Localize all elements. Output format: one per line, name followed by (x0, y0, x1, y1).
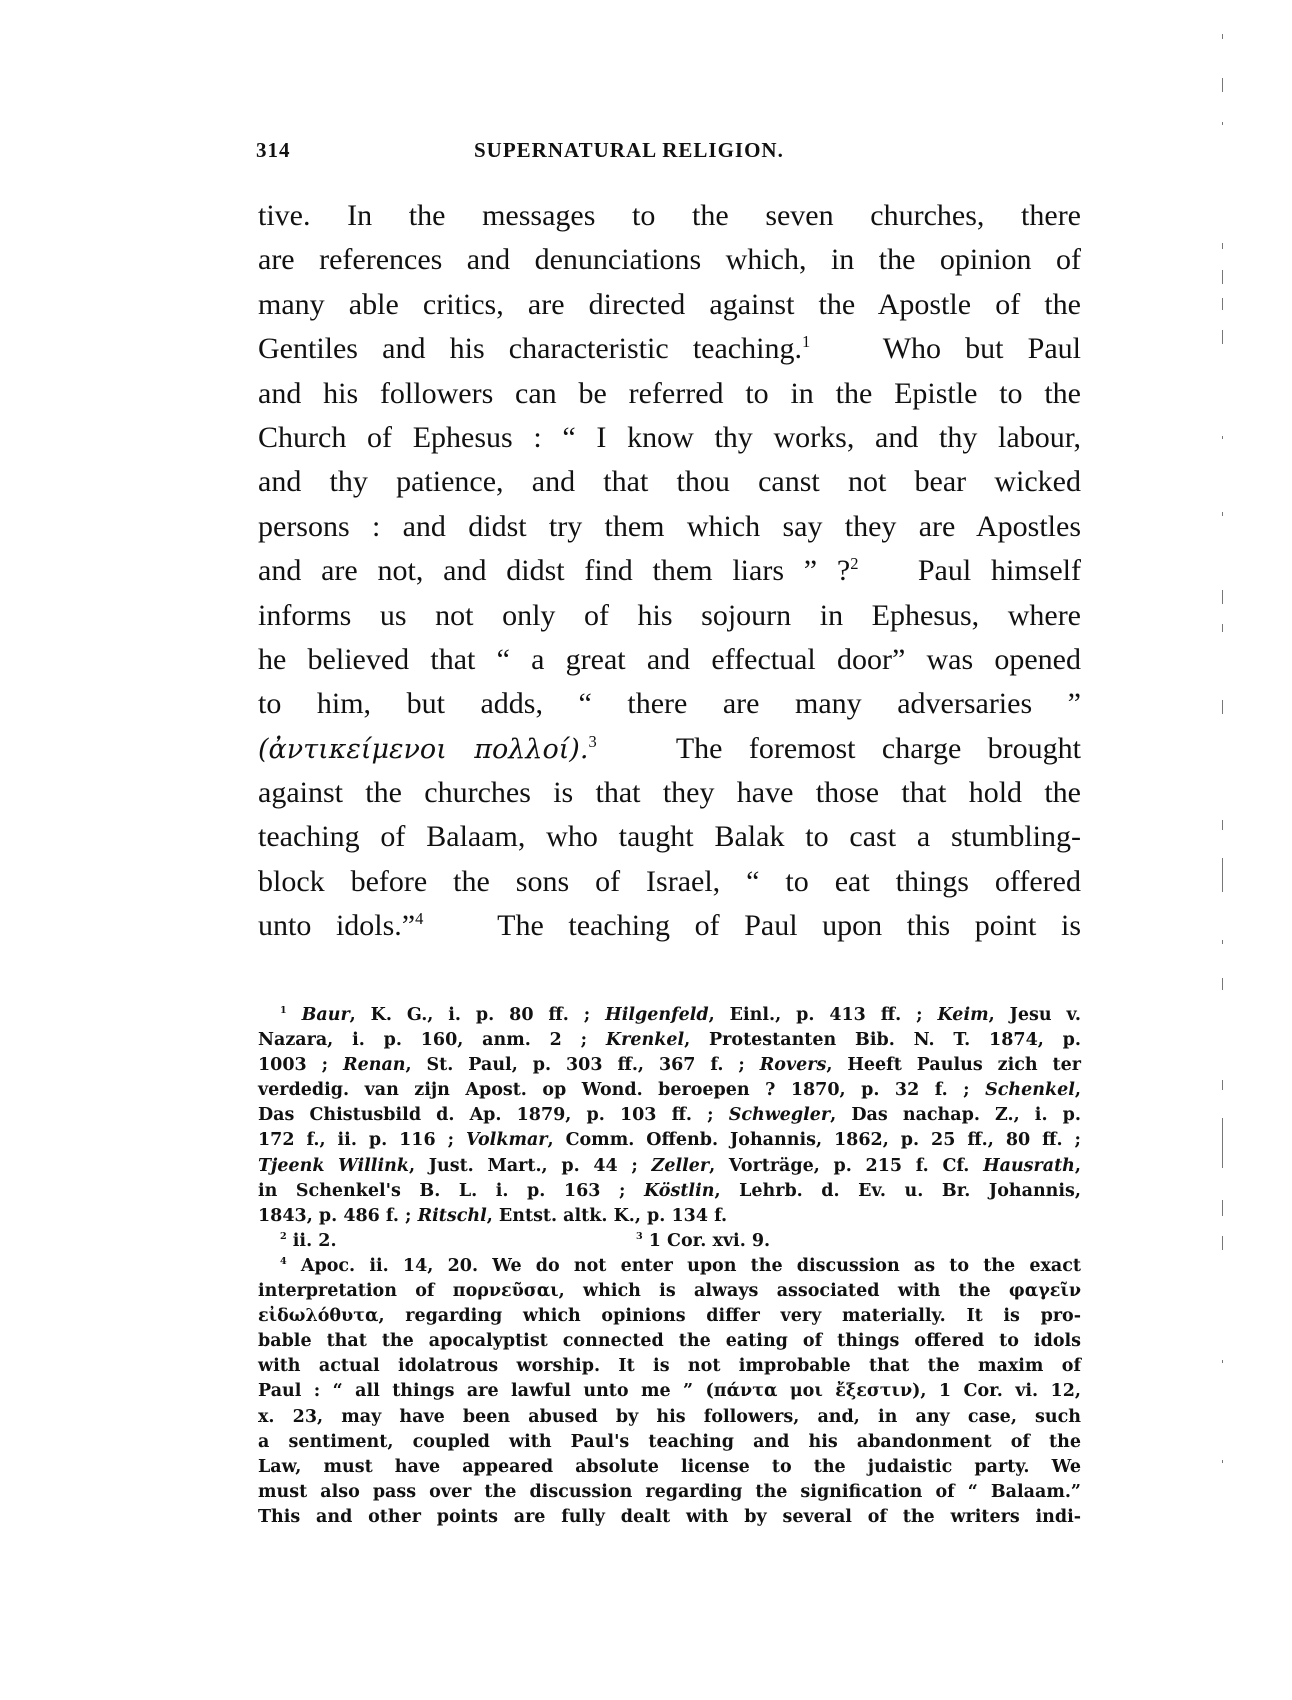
citation: Das Chistusbild d. Ap. 1879, p. 103 ff. … (258, 1105, 729, 1125)
text-line: and are not, and didst find them liars ”… (258, 549, 1081, 593)
author-name: Hausrath (983, 1156, 1075, 1176)
citation: , Comm. Offenb. Johannis, 1862, p. 25 ff… (548, 1130, 1081, 1150)
citation: , Das nachap. Z., i. p. (830, 1105, 1081, 1125)
text-segment: Paul himself (918, 554, 1081, 587)
footnote-4-line: This and other points are fully dealt wi… (258, 1505, 1081, 1530)
citation: , Lehrb. d. Ev. u. Br. Johannis, (714, 1181, 1081, 1201)
citation: , Einl., p. 413 ff. ; (709, 1005, 938, 1025)
author-name: Baur (302, 1005, 350, 1025)
text-line: (ἀντικείμενοι πολλοί).3 The foremost cha… (258, 727, 1081, 771)
author-name: Hilgenfeld (605, 1005, 708, 1025)
footnote-4-line: a sentiment, coupled with Paul's teachin… (258, 1430, 1081, 1455)
text-line: to him, but adds, “ there are many adver… (258, 682, 1081, 726)
citation: , K. G., i. p. 80 ff. ; (350, 1005, 605, 1025)
text-line: persons : and didst try them which say t… (258, 505, 1081, 549)
footnote-4-line: interpretation of πορνεῦσαι, which is al… (258, 1279, 1081, 1304)
text-line: and thy patience, and that thou canst no… (258, 460, 1081, 504)
text-line: many able critics, are directed against … (258, 283, 1081, 327)
citation: , Entst. altk. K., p. 134 f. (487, 1206, 727, 1226)
footnote-4-line: Law, must have appeared absolute license… (258, 1455, 1081, 1480)
footnote-1-line: Nazara, i. p. 160, anm. 2 ; Krenkel, Pro… (258, 1028, 1081, 1053)
footnote-text: Apoc. ii. 14, 20. We do not enter upon t… (301, 1256, 1081, 1276)
footnote-ref-2[interactable]: 2 (850, 554, 858, 573)
author-name: Köstlin (644, 1181, 714, 1201)
citation: Nazara, i. p. 160, anm. 2 ; (258, 1030, 606, 1050)
text-line: Gentiles and his characteristic teaching… (258, 327, 1081, 371)
footnote-1-line: Das Chistusbild d. Ap. 1879, p. 103 ff. … (258, 1103, 1081, 1128)
author-name: Renan (343, 1055, 405, 1075)
author-name: Keim (937, 1005, 988, 1025)
footnote-marker: 4 (280, 1256, 287, 1267)
footnote-text: ii. 2. (293, 1231, 337, 1251)
footnote-marker: 3 (636, 1231, 643, 1242)
text-line: unto idols.”4 The teaching of Paul upon … (258, 904, 1081, 948)
running-title: SUPERNATURAL RELIGION. (474, 138, 784, 163)
author-name: Tjeenk Willink (258, 1156, 409, 1176)
greek-text: (ἀντικείμενοι πολλοί). (258, 734, 588, 765)
footnote-2: 2 ii. 2. (280, 1229, 337, 1254)
text-segment: The teaching of Paul upon this point is (497, 909, 1081, 942)
text-line: block before the sons of Israel, “ to ea… (258, 860, 1081, 904)
citation: , St. Paul, p. 303 ff., 367 f. ; (406, 1055, 760, 1075)
text-line: are references and denunciations which, … (258, 238, 1081, 282)
citation: 1843, p. 486 f. ; (258, 1206, 418, 1226)
text-line: Church of Ephesus : “ I know thy works, … (258, 416, 1081, 460)
text-line: against the churches is that they have t… (258, 771, 1081, 815)
footnote-1-line: 1843, p. 486 f. ; Ritschl, Entst. altk. … (258, 1204, 1081, 1229)
text-segment: unto idols.” (258, 909, 415, 942)
author-name: Ritschl (418, 1206, 487, 1226)
citation: 172 f., ii. p. 116 ; (258, 1130, 466, 1150)
author-name: Schwegler (729, 1105, 830, 1125)
citation: , Protestanten Bib. N. T. 1874, p. (684, 1030, 1081, 1050)
author-name: Volkmar (466, 1130, 548, 1150)
citation: , Jesu v. (989, 1005, 1081, 1025)
text-line: and his followers can be referred to in … (258, 372, 1081, 416)
text-segment: Gentiles and his characteristic teaching… (258, 332, 802, 365)
footnotes: 1 Baur, K. G., i. p. 80 ff. ; Hilgenfeld… (258, 1003, 1081, 1530)
citation: , (1075, 1080, 1081, 1100)
page-number: 314 (256, 138, 291, 163)
text-segment: and are not, and didst find them liars ”… (258, 554, 850, 587)
footnote-4-line: x. 23, may have been abused by his follo… (258, 1405, 1081, 1430)
text-segment: Who but Paul (883, 332, 1081, 365)
citation: , (1075, 1156, 1081, 1176)
text-line: informs us not only of his sojourn in Ep… (258, 594, 1081, 638)
author-name: Rovers (760, 1055, 827, 1075)
footnote-ref-1[interactable]: 1 (802, 332, 810, 351)
author-name: Schenkel (985, 1080, 1075, 1100)
main-text: tive. In the messages to the seven churc… (258, 194, 1081, 949)
scan-margin-marks (1222, 0, 1224, 1700)
footnote-1-line: 172 f., ii. p. 116 ; Volkmar, Comm. Offe… (258, 1128, 1081, 1153)
footnote-4-line: εἰδωλόθυτα, regarding which opinions dif… (258, 1304, 1081, 1329)
footnote-1-line: 1 Baur, K. G., i. p. 80 ff. ; Hilgenfeld… (258, 1003, 1081, 1028)
footnote-4-line: bable that the apocalyptist connected th… (258, 1329, 1081, 1354)
footnote-4-line: must also pass over the discussion regar… (258, 1480, 1081, 1505)
running-head: 314 SUPERNATURAL RELIGION. (256, 138, 1080, 168)
footnote-4-line: Paul : “ all things are lawful unto me ”… (258, 1379, 1081, 1404)
citation: 1003 ; (258, 1055, 343, 1075)
text-segment: The foremost charge brought (676, 732, 1081, 765)
author-name: Krenkel (606, 1030, 684, 1050)
footnote-1-line: Tjeenk Willink, Just. Mart., p. 44 ; Zel… (258, 1154, 1081, 1179)
footnote-4-line: with actual idolatrous worship. It is no… (258, 1354, 1081, 1379)
footnote-marker: 1 (280, 1005, 287, 1016)
book-page: 314 SUPERNATURAL RELIGION. tive. In the … (0, 0, 1292, 1700)
footnote-3: 3 1 Cor. xvi. 9. (636, 1229, 770, 1254)
footnote-4-line: 4 Apoc. ii. 14, 20. We do not enter upon… (258, 1254, 1081, 1279)
citation: , Heeft Paulus zich ter (826, 1055, 1081, 1075)
footnote-ref-4[interactable]: 4 (415, 909, 423, 928)
citation: verdedig. van zijn Apost. op Wond. beroe… (258, 1080, 985, 1100)
citation: , Vorträge, p. 215 f. Cf. (709, 1156, 983, 1176)
text-line: tive. In the messages to the seven churc… (258, 194, 1081, 238)
footnote-1-line: 1003 ; Renan, St. Paul, p. 303 ff., 367 … (258, 1053, 1081, 1078)
footnote-marker: 2 (280, 1231, 287, 1242)
author-name: Zeller (652, 1156, 710, 1176)
footnote-1-line: in Schenkel's B. L. i. p. 163 ; Köstlin,… (258, 1179, 1081, 1204)
footnote-ref-3[interactable]: 3 (588, 732, 596, 751)
footnotes-2-3: 2 ii. 2. 3 1 Cor. xvi. 9. (258, 1229, 1081, 1254)
citation: , Just. Mart., p. 44 ; (409, 1156, 652, 1176)
text-line: teaching of Balaam, who taught Balak to … (258, 815, 1081, 859)
text-line: he believed that “ a great and effectual… (258, 638, 1081, 682)
footnote-1-line: verdedig. van zijn Apost. op Wond. beroe… (258, 1078, 1081, 1103)
citation: in Schenkel's B. L. i. p. 163 ; (258, 1181, 644, 1201)
footnote-text: 1 Cor. xvi. 9. (649, 1231, 770, 1251)
